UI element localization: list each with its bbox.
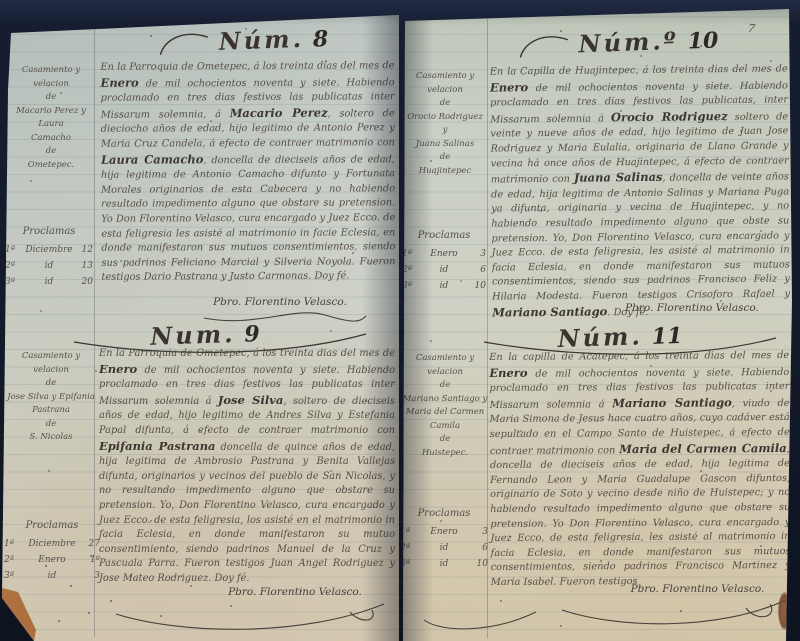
proclama-ordinal: 2ª [402,262,418,278]
proclamas-label: Proclamas [4,518,100,534]
proclama-day: 10 [470,278,486,294]
proclama-ordinal: 3ª [402,278,418,294]
record-number: 9 [244,321,260,348]
record-10-header: Núm.º 10 [498,24,739,61]
proclama-row: 2ªid13 [5,258,93,274]
proclama-row: 3ªid20 [5,274,93,290]
margin-line: Macario Perez y Laura [8,105,94,132]
margin-line: Orocio Rodriguez y [404,111,486,138]
record-number: 11 [651,323,683,350]
record-number: 8 [312,26,328,53]
record-9-signature: Pbro. Florentino Velasco. [190,586,400,598]
margin-line: de [402,433,488,447]
margin-line: Huistepec. [402,447,488,461]
proclama-day: 1º [84,552,100,568]
proclama-day: 3 [472,524,488,540]
proclama-month: id [21,258,77,274]
bottom-flourish [110,598,390,636]
proclama-day: 10 [472,556,488,572]
record-10-signature: Pbro. Florentino Velasco. [592,302,792,314]
record-10-margin-note: Casamiento y velacion de Orocio Rodrigue… [404,70,486,178]
margin-line: de [8,91,94,105]
proclama-month: id [21,274,77,290]
margin-line: Casamiento y velacion [8,64,94,91]
margin-line: Huajintepec [404,165,486,179]
header-swash-icon [517,35,570,61]
record-8-body: En la Parroquia de Ometepec, á los trein… [100,59,395,285]
record-number-label: Núm. [218,24,304,56]
record-10-body: En la Capilla de Huajintepec, á los trei… [490,62,791,321]
proclama-row: 1ªDiciembre27 [4,536,100,552]
proclama-ordinal: 1ª [5,242,21,258]
margin-line: S. Nicolas [6,431,96,445]
proclama-day: 12 [77,242,93,258]
proclama-row: 3ªid10 [400,556,488,572]
record-number-label: Núm. [557,321,643,353]
record-9-margin-note: Casamiento y velacion de Jose Silva y Ep… [6,350,96,445]
foxing-speckles [0,0,2,2]
proclama-ordinal: 1ª [400,524,416,540]
record-9-proclamas: Proclamas 1ªDiciembre27 2ªEnero1º 3ªid3 [4,518,100,584]
record-11-signature: Pbro. Florentino Velasco. [600,583,795,595]
proclama-day: 3 [470,246,486,262]
proclama-month: Enero [418,246,470,262]
record-10-proclamas: Proclamas 1ªEnero3 2ªid6 3ªid10 [402,228,486,294]
proclamas-label: Proclamas [400,506,488,522]
margin-line: Juana Salinas [404,138,486,152]
proclama-month: id [20,568,84,584]
record-8-margin-note: Casamiento y velacion de Macario Perez y… [8,64,94,172]
proclama-day: 13 [77,258,93,274]
margin-line: de [6,418,96,432]
margin-line: de [6,377,96,391]
proclama-month: id [416,540,472,556]
record-11-margin-note: Casamiento y velacion de Mariano Santiag… [402,352,488,460]
proclama-day: 3 [84,568,100,584]
proclama-ordinal: 1ª [4,536,20,552]
margin-line: Ometepec. [8,159,94,173]
proclama-ordinal: 2ª [5,258,21,274]
margin-line: Casamiento y velacion [6,350,96,377]
proclama-month: Diciembre [20,536,84,552]
margin-line: de [404,151,486,165]
proclama-month: id [418,278,470,294]
proclama-day: 27 [84,536,100,552]
record-11-proclamas: Proclamas 1ªEnero3 2ªid6 3ªid10 [400,506,488,572]
proclama-day: 20 [77,274,93,290]
proclama-row: 1ªEnero3 [402,246,486,262]
proclama-row: 2ªid6 [402,262,486,278]
proclamas-label: Proclamas [402,228,486,244]
proclama-ordinal: 3ª [4,568,20,584]
proclama-row: 1ªEnero3 [400,524,488,540]
proclama-month: id [416,556,472,572]
margin-line: de [404,97,486,111]
record-8-header: Núm. 8 [128,22,359,59]
proclama-ordinal: 1ª [402,246,418,262]
proclama-day: 6 [470,262,486,278]
proclama-row: 1ªDiciembre12 [5,242,93,258]
margin-line: Camacho [8,132,94,146]
proclama-ordinal: 2ª [4,552,20,568]
proclama-month: Diciembre [21,242,77,258]
proclama-ordinal: 3ª [400,556,416,572]
proclama-month: id [418,262,470,278]
folio-number: 7 [747,22,756,36]
record-9-body: En la Parroquia de Ometepec, á los trein… [99,347,395,587]
margin-line: Maria del Carmen Camila [402,406,488,433]
margin-line: Pastrana [6,404,96,418]
margin-line: de [8,145,94,159]
record-8-signature: Pbro. Florentino Velasco. [175,296,385,308]
proclama-row: 3ªid3 [4,568,100,584]
edge-wear-stain [778,592,791,630]
proclama-day: 6 [472,540,488,556]
margin-line: de [402,379,488,393]
proclama-ordinal: 3ª [5,274,21,290]
proclama-row: 3ªid10 [402,278,486,294]
proclamas-label: Proclamas [5,224,93,240]
record-number-label: Núm.º [578,26,679,58]
proclama-ordinal: 2ª [400,540,416,556]
header-swash-icon [157,32,210,58]
record-11-body: En la capilla de Acatepec, á los treinta… [489,349,791,591]
proclama-month: Enero [20,552,84,568]
record-number: 10 [687,28,719,55]
margin-line: Mariano Santiago y [402,393,488,407]
record-8-proclamas: Proclamas 1ªDiciembre12 2ªid13 3ªid20 [5,224,93,290]
foxing-speckles [0,0,2,2]
proclama-row: 2ªEnero1º [4,552,100,568]
proclama-month: Enero [416,524,472,540]
margin-line: Jose Silva y Epifania [6,391,96,405]
manuscript-photo: Núm. 8 Casamiento y velacion de Macario … [0,0,800,641]
proclama-row: 2ªid6 [400,540,488,556]
margin-line: Casamiento y velacion [402,352,488,379]
bottom-flourish [420,606,540,634]
margin-line: Casamiento y velacion [404,70,486,97]
bottom-flourish [556,596,792,632]
